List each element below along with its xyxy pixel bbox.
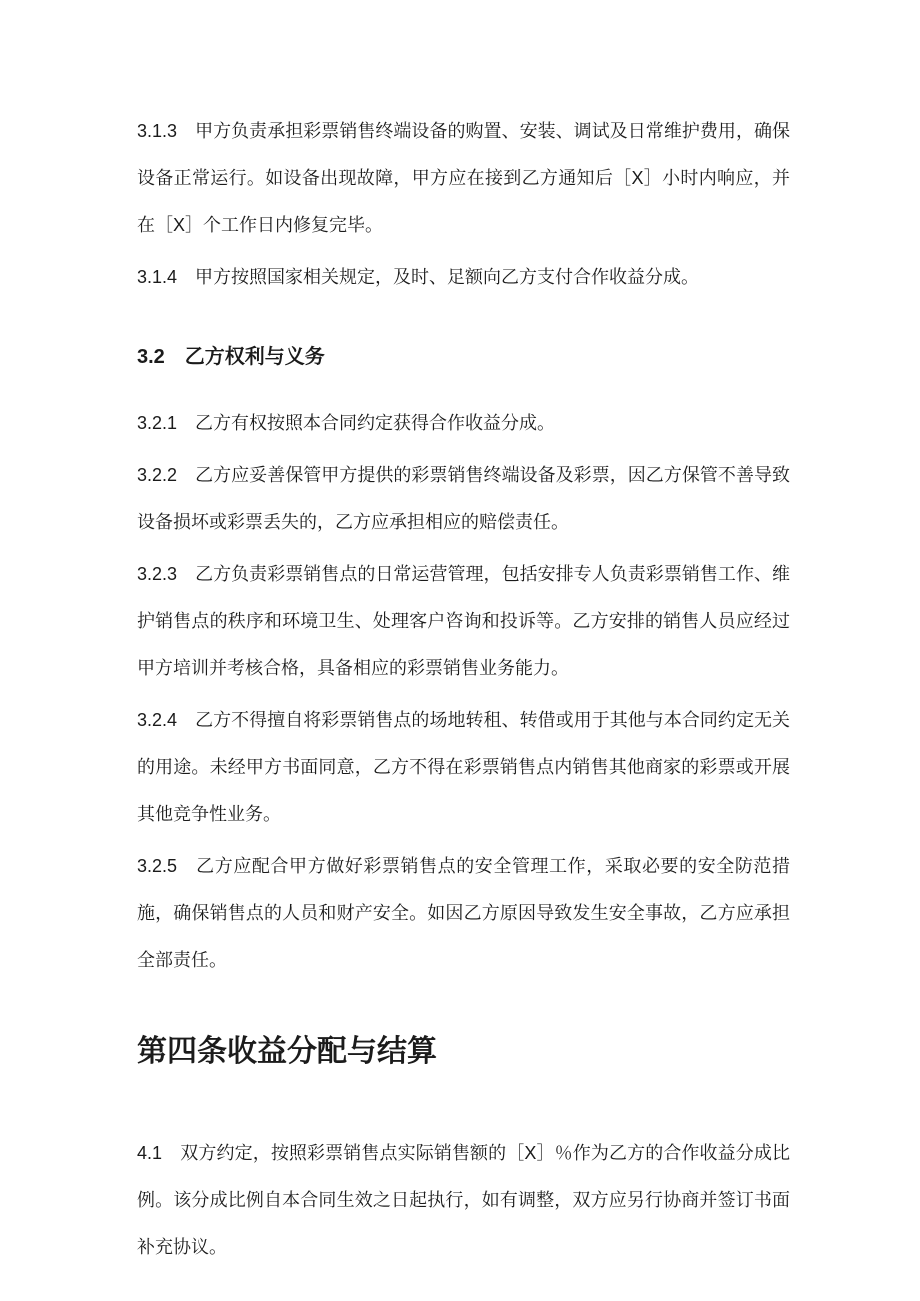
clause-3-1-3: 3.1.3 甲方负责承担彩票销售终端设备的购置、安装、调试及日常维护费用，确保设… <box>137 108 790 249</box>
clause-3-2-2: 3.2.2 乙方应妥善保管甲方提供的彩票销售终端设备及彩票，因乙方保管不善导致设… <box>137 452 790 546</box>
clause-3-2-1: 3.2.1 乙方有权按照本合同约定获得合作收益分成。 <box>137 400 790 447</box>
clause-3-2-4: 3.2.4 乙方不得擅自将彩票销售点的场地转租、转借或用于其他与本合同约定无关的… <box>137 697 790 838</box>
clause-3-2-3: 3.2.3 乙方负责彩票销售点的日常运营管理，包括安排专人负责彩票销售工作、维护… <box>137 551 790 692</box>
clause-4-1: 4.1 双方约定，按照彩票销售点实际销售额的［X］％作为乙方的合作收益分成比例。… <box>137 1130 790 1271</box>
section-heading-3-2: 3.2 乙方权利与义务 <box>137 334 790 381</box>
contract-document-page: 3.1.3 甲方负责承担彩票销售终端设备的购置、安装、调试及日常维护费用，确保设… <box>0 0 920 1301</box>
chapter-heading-article-4: 第四条收益分配与结算 <box>137 1028 790 1076</box>
clause-3-1-4: 3.1.4 甲方按照国家相关规定，及时、足额向乙方支付合作收益分成。 <box>137 254 790 301</box>
clause-3-2-5: 3.2.5 乙方应配合甲方做好彩票销售点的安全管理工作，采取必要的安全防范措施，… <box>137 843 790 984</box>
